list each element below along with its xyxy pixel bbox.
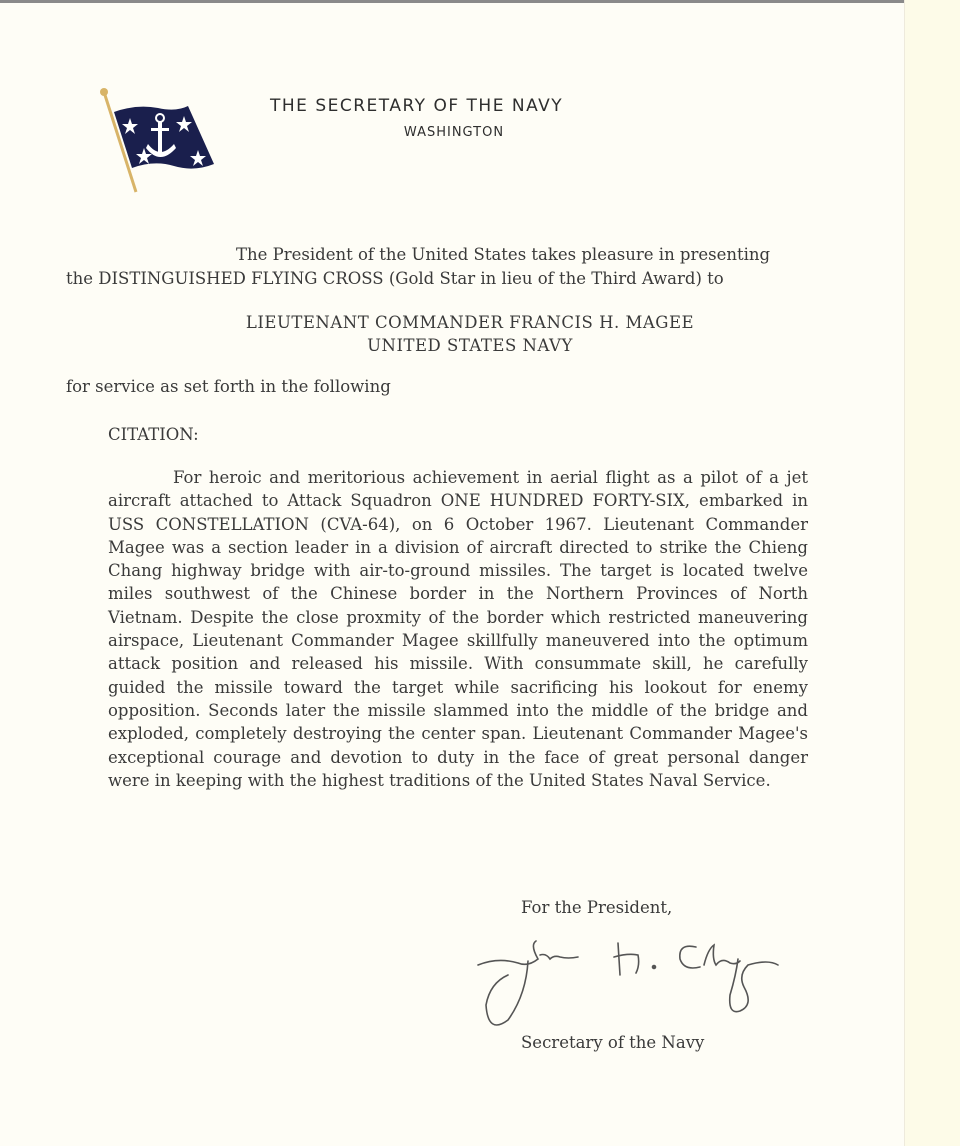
signature-image xyxy=(468,935,788,1035)
intro-line-2: the DISTINGUISHED FLYING CROSS (Gold Sta… xyxy=(66,267,856,291)
citation-text: For heroic and meritorious achievement i… xyxy=(108,466,808,792)
closing-salutation: For the President, xyxy=(521,898,672,917)
signatory-title: Secretary of the Navy xyxy=(521,1033,704,1052)
service-line: for service as set forth in the followin… xyxy=(66,377,391,396)
citation-label: CITATION: xyxy=(108,425,199,444)
recipient-service: UNITED STATES NAVY xyxy=(20,334,920,357)
page-top-edge xyxy=(0,0,905,3)
paper-right-margin xyxy=(904,0,960,1146)
letterhead-location: WASHINGTON xyxy=(0,125,904,140)
intro-line-1: The President of the United States takes… xyxy=(66,243,856,267)
recipient-block: LIEUTENANT COMMANDER FRANCIS H. MAGEE UN… xyxy=(0,311,920,357)
recipient-name: LIEUTENANT COMMANDER FRANCIS H. MAGEE xyxy=(20,311,920,334)
award-introduction: The President of the United States takes… xyxy=(66,243,856,291)
citation-body: For heroic and meritorious achievement i… xyxy=(108,466,808,792)
letterhead-title: THE SECRETARY OF THE NAVY xyxy=(0,96,960,116)
